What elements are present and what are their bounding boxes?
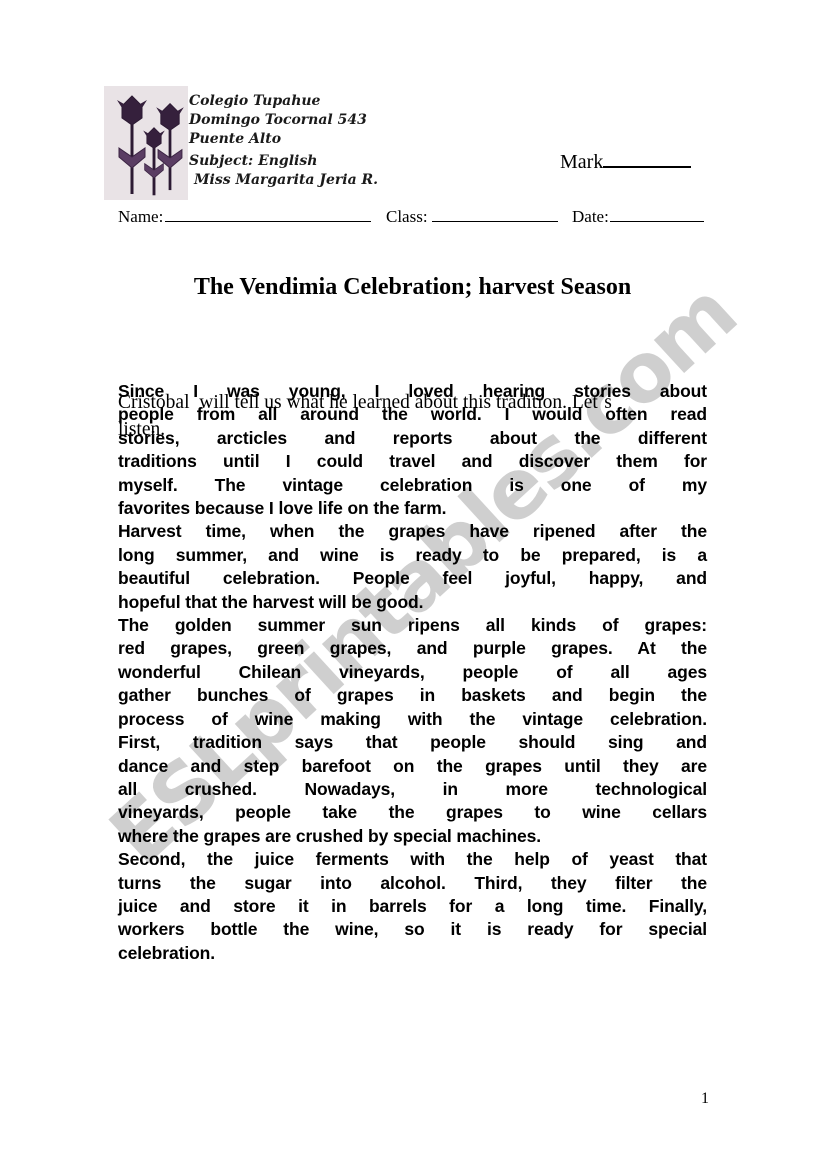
body-text-line: Second, the juice ferments with the help… (118, 848, 707, 871)
body-text-line: gather bunches of grapes in baskets and … (118, 684, 707, 707)
body-text-line: Since I was young, I loved hearing stori… (118, 380, 707, 403)
body-text-line: First, tradition says that people should… (118, 731, 707, 754)
body-text-line: people from all around the world. I woul… (118, 403, 707, 426)
class-label: Class: (386, 207, 428, 226)
school-info-line: Colegio Tupahue (189, 92, 378, 111)
date-underline (610, 204, 704, 222)
date-label: Date: (572, 207, 609, 226)
body-text-line: Harvest time, when the grapes have ripen… (118, 520, 707, 543)
mark-field: Mark (560, 146, 691, 174)
school-info-line: Subject: English (189, 152, 378, 171)
body-text-line: vineyards, people take the grapes to win… (118, 801, 707, 824)
body-text-line: The golden summer sun ripens all kinds o… (118, 614, 707, 637)
body-text-line: wonderful Chilean vineyards, people of a… (118, 661, 707, 684)
body-text-line: hopeful that the harvest will be good. (118, 591, 707, 614)
class-underline (432, 204, 558, 222)
body-text-line: stories, arcticles and reports about the… (118, 427, 707, 450)
body-text-line: long summer, and wine is ready to be pre… (118, 544, 707, 567)
body-text-line: workers bottle the wine, so it is ready … (118, 918, 707, 941)
body-text-line: dance and step barefoot on the grapes un… (118, 755, 707, 778)
body-text-line: turns the sugar into alcohol. Third, the… (118, 872, 707, 895)
body-text-line: red grapes, green grapes, and purple gra… (118, 637, 707, 660)
name-label: Name: (118, 207, 163, 226)
page-title: The Vendimia Celebration; harvest Season (118, 274, 707, 301)
school-info-line: Miss Margarita Jeria R. (189, 171, 378, 190)
class-field: Class: (386, 204, 558, 227)
page-number: 1 (701, 1090, 709, 1108)
school-info: Colegio TupahueDomingo Tocornal 543Puent… (189, 92, 378, 190)
body-text-line: traditions until I could travel and disc… (118, 450, 707, 473)
body-text-line: where the grapes are crushed by special … (118, 825, 707, 848)
tulips-icon (104, 86, 188, 200)
school-logo (104, 86, 188, 200)
body-text-line: all crushed. Nowadays, in more technolog… (118, 778, 707, 801)
body-text-line: process of wine making with the vintage … (118, 708, 707, 731)
body-text-line: celebration. (118, 942, 707, 965)
name-field: Name: (118, 204, 371, 227)
student-fields-row: Name: Class: Date: (118, 204, 707, 228)
body-text-line: favorites because I love life on the far… (118, 497, 707, 520)
worksheet-page: ESLprintables.com (0, 0, 821, 1169)
mark-label: Mark (560, 151, 603, 173)
body-text-line: beautiful celebration. People feel joyfu… (118, 567, 707, 590)
mark-underline (603, 146, 691, 168)
reading-passage: Since I was young, I loved hearing stori… (118, 380, 707, 965)
date-field: Date: (572, 204, 704, 227)
body-text-line: juice and store it in barrels for a long… (118, 895, 707, 918)
school-info-line: Puente Alto (189, 130, 378, 149)
name-underline (165, 204, 371, 222)
body-text-line: myself. The vintage celebration is one o… (118, 474, 707, 497)
school-info-line: Domingo Tocornal 543 (189, 111, 378, 130)
